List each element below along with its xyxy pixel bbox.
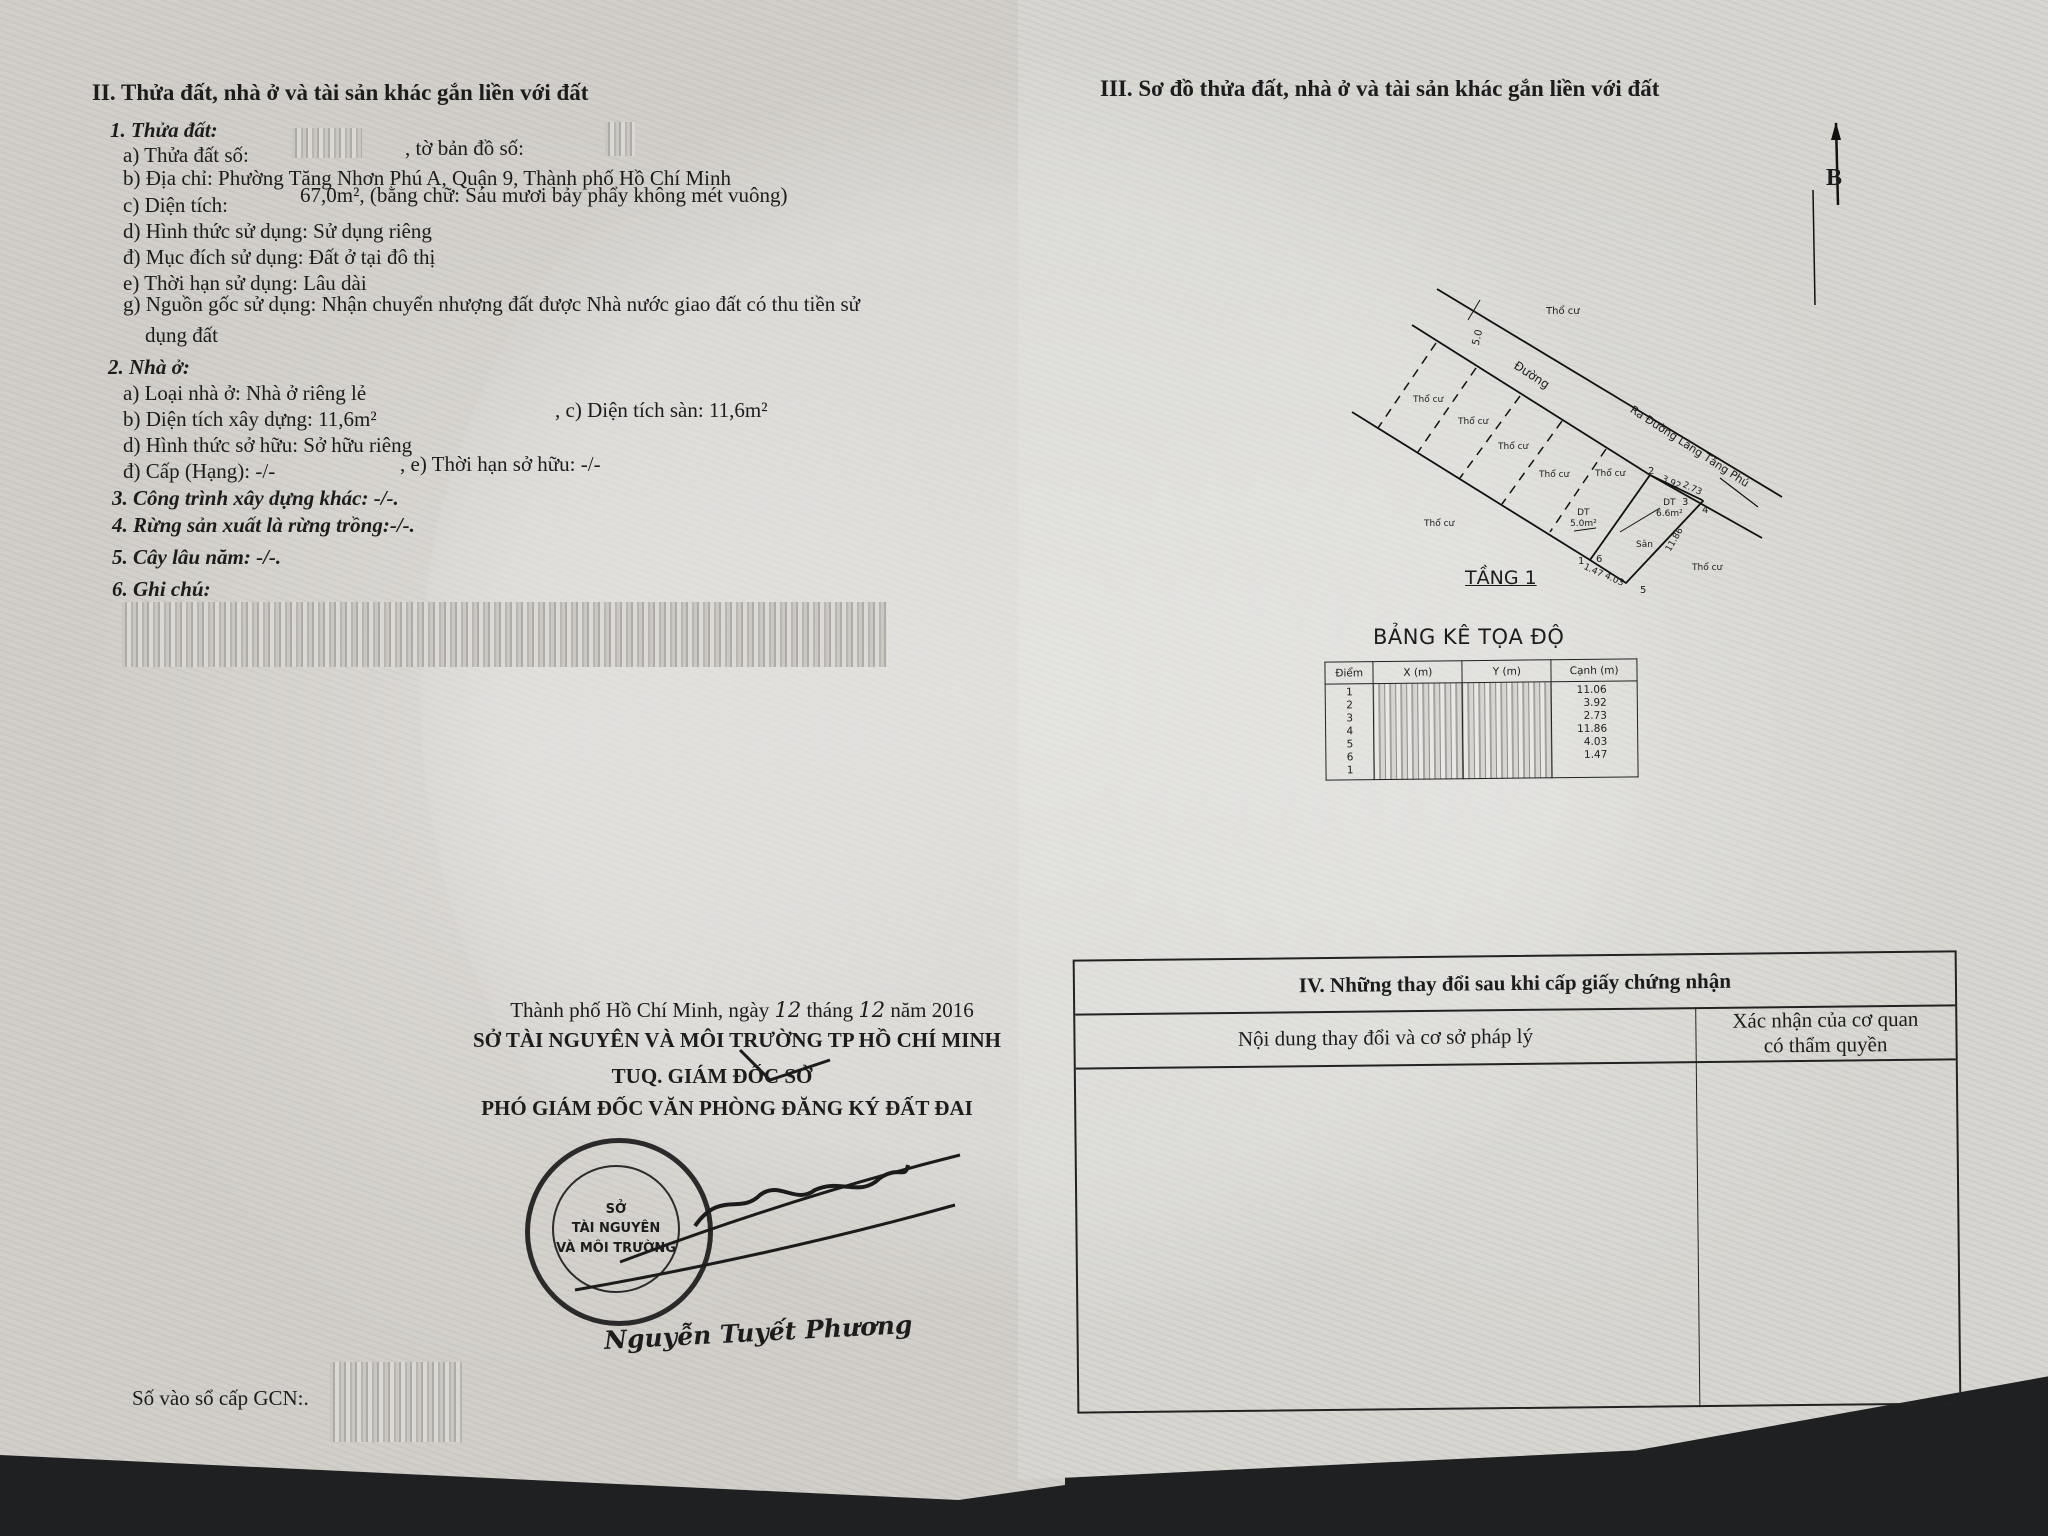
coord-table: Điểm X (m) Y (m) Cạnh (m) 1 2 3 4 5 6 1 … [1324, 658, 1638, 780]
left-page: II. Thửa đất, nhà ở và tài sản khác gắn … [0, 0, 1065, 1500]
neighbor-label: Thổ cư [1595, 469, 1625, 479]
neighbor-label: Thổ cư [1413, 395, 1443, 405]
changes-confirmation-header: Xác nhận của cơ quan có thẩm quyền [1695, 1004, 1956, 1063]
neighbor-label: Thổ cư [1692, 563, 1722, 573]
dt-right-label: DT 6.6m² [1656, 498, 1683, 520]
col-y: Y (m) [1462, 660, 1551, 683]
signature-strokes [0, 0, 1065, 1500]
coord-table-title: BẢNG KÊ TỌA ĐỘ [1373, 625, 1564, 649]
point-5: 5 [1640, 585, 1646, 596]
neighbor-label: Thổ cư [1539, 470, 1569, 480]
point-6: 6 [1596, 554, 1602, 565]
north-label: B [1826, 165, 1842, 192]
redacted-gcn-number [330, 1362, 462, 1442]
floor-label: TẦNG 1 [1465, 567, 1537, 589]
dt-left-label: DT 5.0m² [1570, 508, 1597, 530]
neighbor-label: Thổ cư [1546, 306, 1580, 317]
changes-content-cell [1076, 1061, 1701, 1411]
point-list: 1 2 3 4 5 6 1 [1325, 684, 1374, 781]
redacted-y-values [1462, 682, 1552, 779]
point-2: 2 [1648, 466, 1654, 477]
point-4: 4 [1702, 505, 1708, 516]
col-edge: Cạnh (m) [1551, 659, 1637, 682]
section-iii-title: III. Sơ đồ thửa đất, nhà ở và tài sản kh… [1100, 76, 1659, 102]
changes-content-header: Nội dung thay đổi và cơ sở pháp lý [1075, 1007, 1697, 1069]
redacted-x-values [1373, 683, 1463, 780]
changes-table: IV. Những thay đổi sau khi cấp giấy chứn… [1073, 950, 1962, 1413]
neighbor-label: Thổ cư [1458, 417, 1488, 427]
col-point: Điểm [1325, 662, 1374, 685]
yard-label: Sân [1636, 540, 1653, 550]
neighbor-label: Thổ cư [1498, 442, 1528, 452]
col-x: X (m) [1373, 661, 1462, 684]
changes-confirmation-cell [1696, 1058, 1960, 1405]
neighbor-label: Thổ cư [1424, 519, 1454, 529]
edge-list: 11.06 3.92 2.73 11.86 4.03 1.47 [1551, 681, 1638, 778]
point-3: 3 [1682, 497, 1688, 508]
gcn-number-label: Số vào sổ cấp GCN:. [132, 1386, 309, 1411]
